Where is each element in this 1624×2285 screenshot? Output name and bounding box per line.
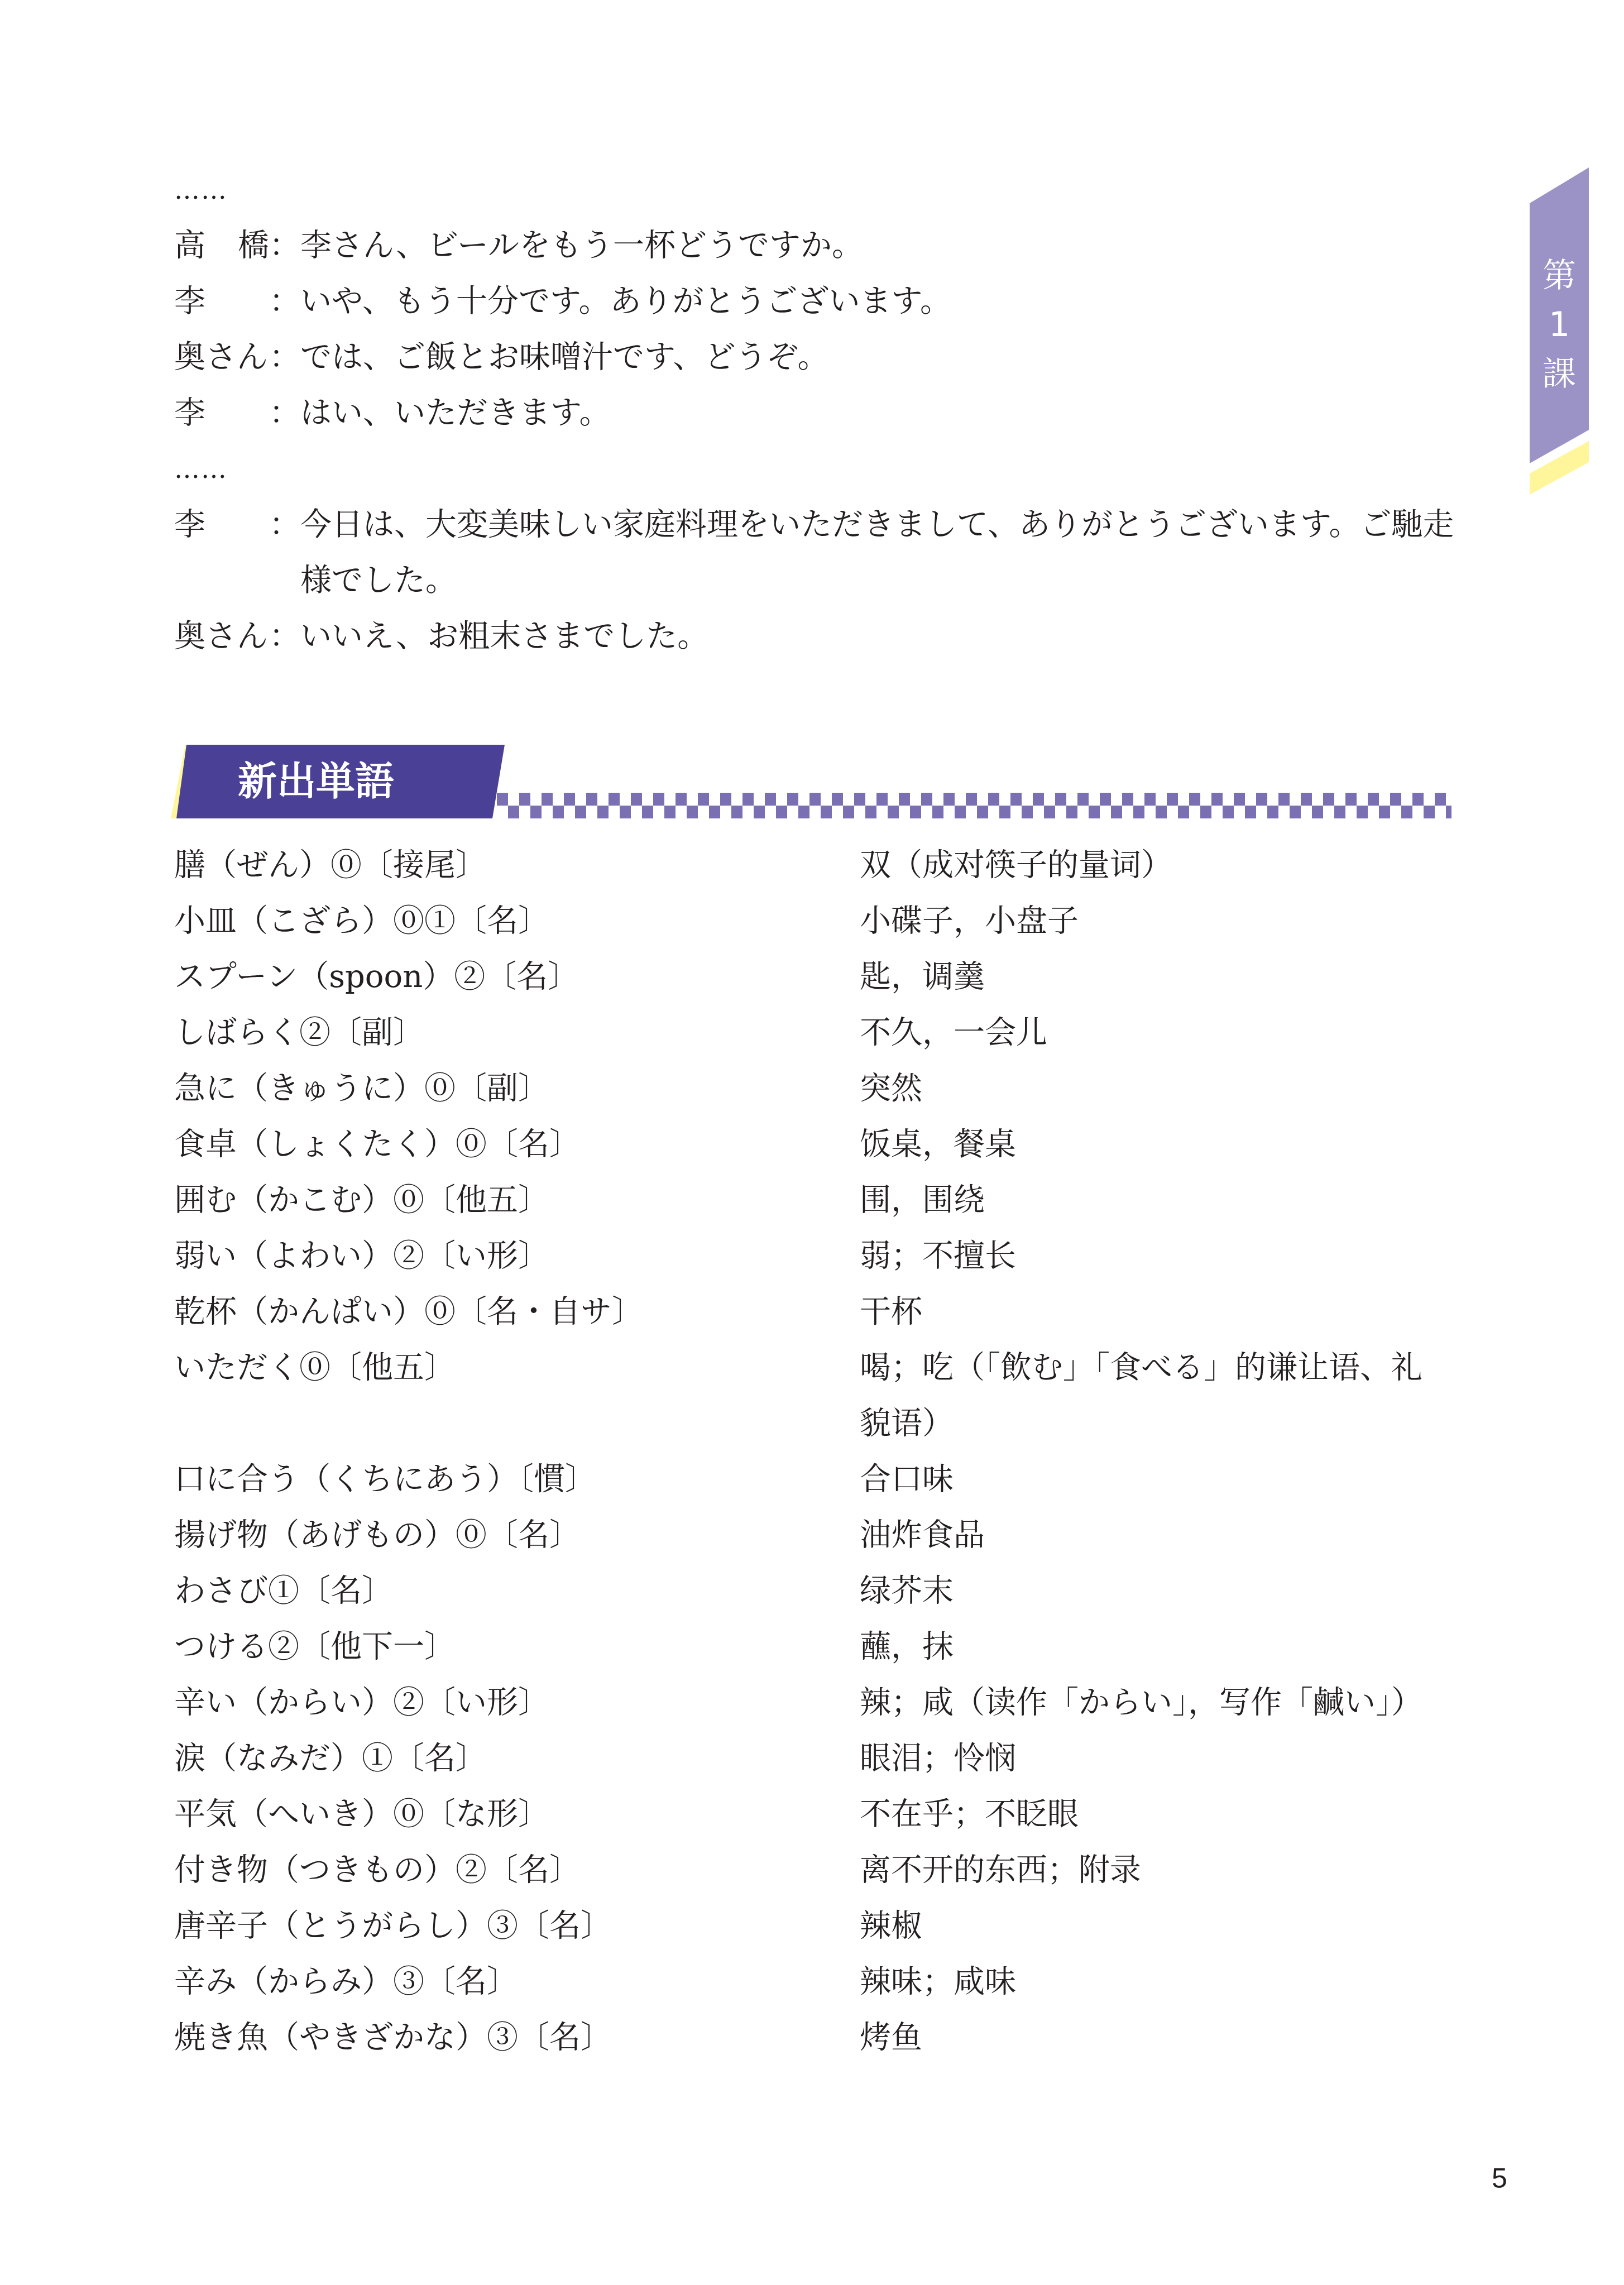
dialogue-line: 李 ： いや、もう十分です。ありがとうございます。 bbox=[174, 274, 1458, 329]
vocab-term: 囲む（かこむ）⓪〔他五〕 bbox=[174, 1172, 860, 1228]
vocab-row: しばらく②〔副〕不久，一会儿 bbox=[174, 1005, 1469, 1061]
vocab-row: 囲む（かこむ）⓪〔他五〕围，围绕 bbox=[174, 1172, 1469, 1228]
vocab-row: 口に合う（くちにあう）〔慣〕合口味 bbox=[174, 1452, 1469, 1507]
section-title: 新出単語 bbox=[199, 745, 433, 818]
vocab-term: 辛い（からい）②〔い形〕 bbox=[174, 1675, 860, 1731]
chapter-label-prefix: 第 bbox=[1530, 251, 1589, 300]
vocab-meaning: 匙，调羹 bbox=[860, 949, 1469, 1005]
speaker: 奥さん bbox=[174, 609, 269, 664]
vocab-row: 乾杯（かんぱい）⓪〔名・自サ〕干杯 bbox=[174, 1284, 1469, 1340]
vocab-row: いただく⓪〔他五〕喝；吃（「飲む」「食べる」的谦让语、礼 bbox=[174, 1340, 1469, 1396]
chapter-label: 第 1 課 bbox=[1530, 251, 1589, 399]
vocab-meaning: 貌语） bbox=[860, 1396, 1469, 1452]
ellipsis: …… bbox=[174, 162, 1458, 218]
vocab-row: 小皿（こざら）⓪①〔名〕小碟子，小盘子 bbox=[174, 893, 1469, 949]
vocab-meaning: 双（成对筷子的量词） bbox=[860, 837, 1469, 893]
vocab-row: わさび①〔名〕绿芥末 bbox=[174, 1563, 1469, 1619]
colon: ： bbox=[269, 385, 300, 441]
vocab-term: 唐辛子（とうがらし）③〔名〕 bbox=[174, 1898, 860, 1954]
vocab-row: 焼き魚（やきざかな）③〔名〕烤鱼 bbox=[174, 2010, 1469, 2066]
colon: ： bbox=[269, 497, 300, 609]
utterance: では、ご飯とお味噌汁です、どうぞ。 bbox=[300, 329, 1458, 385]
utterance: いや、もう十分です。ありがとうございます。 bbox=[300, 274, 1458, 329]
chapter-number: 1 bbox=[1530, 300, 1589, 349]
vocab-meaning: 合口味 bbox=[860, 1452, 1469, 1507]
vocab-term: スプーン（spoon）②〔名〕 bbox=[174, 949, 860, 1005]
colon: ： bbox=[269, 609, 300, 664]
checker-rule bbox=[497, 793, 1451, 818]
vocab-row: 唐辛子（とうがらし）③〔名〕辣椒 bbox=[174, 1898, 1469, 1954]
vocab-term: 急に（きゅうに）⓪〔副〕 bbox=[174, 1061, 860, 1117]
vocab-term: わさび①〔名〕 bbox=[174, 1563, 860, 1619]
dialogue: …… 高 橋 ： 李さん、ビールをもう一杯どうですか。 李 ： いや、もう十分で… bbox=[174, 162, 1458, 664]
page-number: 5 bbox=[1492, 2162, 1507, 2195]
chapter-tab: 第 1 課 bbox=[1530, 167, 1589, 480]
vocab-meaning: 辣味；咸味 bbox=[860, 1954, 1469, 2010]
vocab-row: 急に（きゅうに）⓪〔副〕突然 bbox=[174, 1061, 1469, 1117]
utterance-line-1: 今日は、大変美味しい家庭料理をいただきまして、ありがとうございます。ご馳走 bbox=[300, 497, 1458, 553]
vocab-meaning: 喝；吃（「飲む」「食べる」的谦让语、礼 bbox=[860, 1340, 1469, 1396]
ellipsis: …… bbox=[174, 441, 1458, 497]
vocab-term: しばらく②〔副〕 bbox=[174, 1005, 860, 1061]
vocab-term: 弱い（よわい）②〔い形〕 bbox=[174, 1228, 860, 1284]
vocab-row: スプーン（spoon）②〔名〕匙，调羹 bbox=[174, 949, 1469, 1005]
vocab-meaning: 离不开的东西；附录 bbox=[860, 1842, 1469, 1898]
vocab-meaning: 烤鱼 bbox=[860, 2010, 1469, 2066]
vocab-meaning: 围，围绕 bbox=[860, 1172, 1469, 1228]
chapter-label-suffix: 課 bbox=[1530, 349, 1589, 399]
vocab-meaning: 眼泪；怜悯 bbox=[860, 1731, 1469, 1786]
vocab-term: 揚げ物（あげもの）⓪〔名〕 bbox=[174, 1507, 860, 1563]
vocab-meaning: 饭桌，餐桌 bbox=[860, 1117, 1469, 1172]
utterance: はい、いただきます。 bbox=[300, 385, 1458, 441]
vocab-meaning: 不在乎；不眨眼 bbox=[860, 1786, 1469, 1842]
vocab-term: 乾杯（かんぱい）⓪〔名・自サ〕 bbox=[174, 1284, 860, 1340]
utterance: 李さん、ビールをもう一杯どうですか。 bbox=[300, 218, 1458, 274]
vocab-term: いただく⓪〔他五〕 bbox=[174, 1340, 860, 1396]
vocab-meaning: 蘸，抹 bbox=[860, 1619, 1469, 1675]
vocab-meaning: 辣；咸（读作「からい」，写作「鹹い」） bbox=[860, 1675, 1469, 1731]
dialogue-line: 李 ： 今日は、大変美味しい家庭料理をいただきまして、ありがとうございます。ご馳… bbox=[174, 497, 1458, 609]
vocab-term: 涙（なみだ）①〔名〕 bbox=[174, 1731, 860, 1786]
heading-plate: 新出単語 bbox=[176, 745, 505, 818]
textbook-page: 第 1 課 …… 高 橋 ： 李さん、ビールをもう一杯どうですか。 李 ： いや… bbox=[0, 0, 1624, 2285]
vocab-term: 平気（へいき）⓪〔な形〕 bbox=[174, 1786, 860, 1842]
dialogue-line: 奥さん ： いいえ、お粗末さまでした。 bbox=[174, 609, 1458, 664]
utterance: いいえ、お粗末さまでした。 bbox=[300, 609, 1458, 664]
dialogue-line: 李 ： はい、いただきます。 bbox=[174, 385, 1458, 441]
vocab-row: 弱い（よわい）②〔い形〕弱；不擅长 bbox=[174, 1228, 1469, 1284]
vocab-meaning: 弱；不擅长 bbox=[860, 1228, 1469, 1284]
vocab-meaning: 油炸食品 bbox=[860, 1507, 1469, 1563]
vocab-row: 涙（なみだ）①〔名〕眼泪；怜悯 bbox=[174, 1731, 1469, 1786]
utterance-line-2: 様でした。 bbox=[300, 553, 1458, 609]
colon: ： bbox=[269, 274, 300, 329]
vocab-meaning: 绿芥末 bbox=[860, 1563, 1469, 1619]
vocab-term: つける②〔他下一〕 bbox=[174, 1619, 860, 1675]
vocab-meaning: 辣椒 bbox=[860, 1898, 1469, 1954]
vocab-row: 貌语） bbox=[174, 1396, 1469, 1452]
vocab-row: 辛い（からい）②〔い形〕辣；咸（读作「からい」，写作「鹹い」） bbox=[174, 1675, 1469, 1731]
dialogue-line: 高 橋 ： 李さん、ビールをもう一杯どうですか。 bbox=[174, 218, 1458, 274]
vocab-term: 焼き魚（やきざかな）③〔名〕 bbox=[174, 2010, 860, 2066]
colon: ： bbox=[269, 329, 300, 385]
section-heading: 新出単語 bbox=[167, 742, 1457, 821]
vocab-row: 平気（へいき）⓪〔な形〕不在乎；不眨眼 bbox=[174, 1786, 1469, 1842]
colon: ： bbox=[269, 218, 300, 274]
vocab-term: 小皿（こざら）⓪①〔名〕 bbox=[174, 893, 860, 949]
vocab-meaning: 干杯 bbox=[860, 1284, 1469, 1340]
vocab-term: 付き物（つきもの）②〔名〕 bbox=[174, 1842, 860, 1898]
vocab-row: 揚げ物（あげもの）⓪〔名〕油炸食品 bbox=[174, 1507, 1469, 1563]
vocab-term bbox=[174, 1396, 860, 1452]
vocab-row: 膳（ぜん）⓪〔接尾〕双（成对筷子的量词） bbox=[174, 837, 1469, 893]
vocab-row: 辛み（からみ）③〔名〕辣味；咸味 bbox=[174, 1954, 1469, 2010]
dialogue-line: 奥さん ： では、ご飯とお味噌汁です、どうぞ。 bbox=[174, 329, 1458, 385]
utterance: 今日は、大変美味しい家庭料理をいただきまして、ありがとうございます。ご馳走 様で… bbox=[300, 497, 1458, 609]
vocab-term: 口に合う（くちにあう）〔慣〕 bbox=[174, 1452, 860, 1507]
vocab-row: つける②〔他下一〕蘸，抹 bbox=[174, 1619, 1469, 1675]
vocab-meaning: 小碟子，小盘子 bbox=[860, 893, 1469, 949]
vocab-meaning: 不久，一会儿 bbox=[860, 1005, 1469, 1061]
vocab-term: 食卓（しょくたく）⓪〔名〕 bbox=[174, 1117, 860, 1172]
vocab-meaning: 突然 bbox=[860, 1061, 1469, 1117]
vocabulary-list: 膳（ぜん）⓪〔接尾〕双（成对筷子的量词） 小皿（こざら）⓪①〔名〕小碟子，小盘子… bbox=[174, 837, 1469, 2066]
speaker: 奥さん bbox=[174, 329, 269, 385]
speaker: 李 bbox=[174, 274, 269, 329]
vocab-row: 付き物（つきもの）②〔名〕离不开的东西；附录 bbox=[174, 1842, 1469, 1898]
vocab-row: 食卓（しょくたく）⓪〔名〕饭桌，餐桌 bbox=[174, 1117, 1469, 1172]
speaker: 李 bbox=[174, 385, 269, 441]
speaker: 李 bbox=[174, 497, 269, 609]
vocab-term: 辛み（からみ）③〔名〕 bbox=[174, 1954, 860, 2010]
speaker: 高 橋 bbox=[174, 218, 269, 274]
vocab-term: 膳（ぜん）⓪〔接尾〕 bbox=[174, 837, 860, 893]
